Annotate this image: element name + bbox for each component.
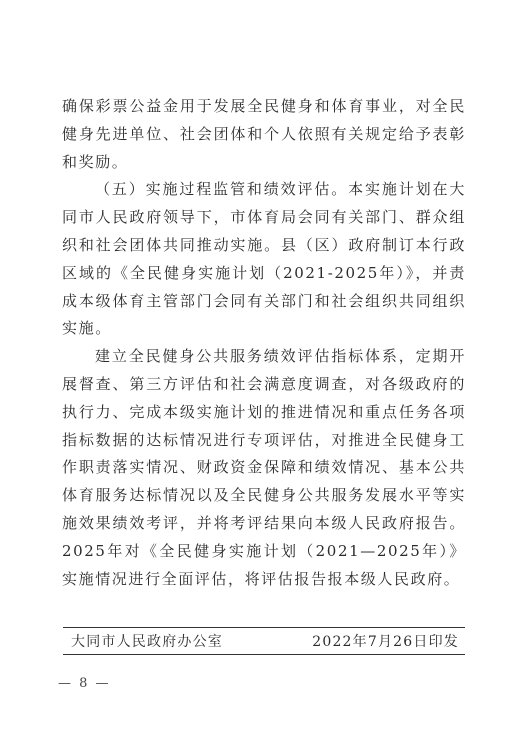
paragraph-continuation: 确保彩票公益金用于发展全民健身和体育事业，对全民健身先进单位、社会团体和个人依照… [62, 93, 466, 176]
issuer-name: 大同市人民政府办公室 [63, 631, 229, 651]
page-number: — 8 — [58, 676, 111, 691]
paragraph-evaluation: 建立全民健身公共服务绩效评估指标体系，定期开展督查、第三方评估和社会满意度调查，… [62, 343, 466, 593]
document-footer: 大同市人民政府办公室 2022年7月26日印发 [63, 627, 465, 655]
issue-date: 2022年7月26日印发 [304, 631, 465, 651]
document-body: 确保彩票公益金用于发展全民健身和体育事业，对全民健身先进单位、社会团体和个人依照… [62, 93, 466, 593]
paragraph-section-five: （五）实施过程监管和绩效评估。本实施计划在大同市人民政府领导下，市体育局会同有关… [62, 176, 466, 343]
